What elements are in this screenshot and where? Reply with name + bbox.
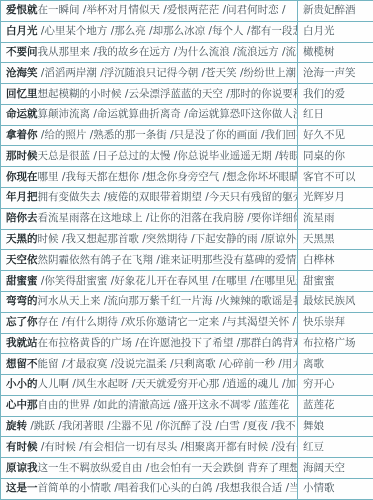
song-title: 天黑黑 bbox=[303, 233, 335, 245]
table-row: 天空依然阴霾依然有鸽子在飞翔 /谁来证明那些没有墓碑的爱情和生白桦林 bbox=[1, 250, 373, 271]
song-cell: 舞娘 bbox=[298, 416, 373, 437]
table-row: 回忆里想起模糊的小时候 /云朵漂浮蓝蓝的天空 /那时的你说要和我我们的爱 bbox=[1, 84, 373, 105]
table-row: 沧海笑 /滔滔两岸潮 /浮沉随浪只记得今朝 /苍天笑 /纷纷世上潮 /沧海一声笑 bbox=[1, 63, 373, 84]
table-row: 想留不能留 /才最寂寞 /没说完温柔 /只剩离歌 /心碎前一秒 /用力离歌 bbox=[1, 354, 373, 375]
song-title: 同桌的你 bbox=[303, 150, 345, 162]
table-row: 年月把拥有变做失去 /疲倦的双眼带着期望 /今天只有残留的躯壳 /光辉岁月 bbox=[1, 188, 373, 209]
lyric-cell: 天黑的时候 /我又想起那首歌 /突然期待 /下起安静的雨 /原谅外婆 bbox=[1, 229, 298, 250]
lyric-text: 时候 /我又想起那首歌 /突然期待 /下起安静的雨 /原谅外婆 bbox=[38, 233, 298, 245]
song-cell: 甜蜜蜜 bbox=[298, 271, 373, 292]
song-title: 流星雨 bbox=[303, 212, 335, 224]
lyric-cell: 拿着你 /给的照片 /熟悉的那一条街 /只是没了你的画面 /我们回不 bbox=[1, 125, 298, 146]
lyric-text: 能留 /才最寂寞 /没说完温柔 /只剩离歌 /心碎前一秒 /用力 bbox=[38, 358, 298, 370]
lyric-text: 这一生不羁放纵爱自由 /也会怕有一天会跌倒 背弃了理想 /谁 bbox=[38, 462, 298, 474]
lyric-text: 河水从天上来 /流向那万紫千红一片海 /火辣辣的歌谣是我们 bbox=[38, 295, 298, 307]
lyric-text: 在一瞬间 /举杯对月情似天 /爱恨两茫茫 /问君何时恋 / bbox=[38, 4, 286, 16]
table-row: 我就站在布拉格黄昏的广场 /在许愿池投下了希望 /那群白鸽背对着布拉格广场 bbox=[1, 333, 373, 354]
song-title: 蓝莲花 bbox=[303, 399, 335, 411]
lyric-text: 我从那里来 /我的故乡在远方 /为什么流浪 /流浪远方 /流浪 bbox=[38, 46, 298, 58]
song-title: 布拉格广场 bbox=[303, 337, 356, 349]
song-cell: 沧海一声笑 bbox=[298, 63, 373, 84]
lyric-bold-prefix: 天黑的 bbox=[6, 233, 38, 245]
lyric-text: /有时候 /有会相信一切有尽头 /相聚离开都有时候 /没有什 bbox=[38, 441, 298, 453]
table-row: 不要问我从那里来 /我的故乡在远方 /为什么流浪 /流浪远方 /流浪橄榄树 bbox=[1, 42, 373, 63]
song-cell: 同桌的你 bbox=[298, 146, 373, 167]
lyric-bold-prefix: 旋转 bbox=[6, 420, 27, 432]
lyric-bold-prefix: 原谅我 bbox=[6, 462, 38, 474]
song-title: 最炫民族风 bbox=[303, 295, 356, 307]
song-cell: 我们的爱 bbox=[298, 84, 373, 105]
lyric-text: 哪里 /我每天都在想你 /想念你身旁空气 /想念你坏坏眼睛 bbox=[38, 171, 298, 183]
song-title: 小情歌 bbox=[303, 482, 335, 494]
lyric-cell: 甜蜜蜜 /你笑得甜蜜蜜 /好象花儿开在春风里 /在哪里 /在哪里见过 bbox=[1, 271, 298, 292]
table-row: 旋转 /跳跃 /我闭著眼 /尘嚣不见 /你沉醉了没 /白雪 /夏夜 /我不舞娘 bbox=[1, 416, 373, 437]
lyric-bold-prefix: 陪你去 bbox=[6, 212, 38, 224]
table-row: 天黑的时候 /我又想起那首歌 /突然期待 /下起安静的雨 /原谅外婆天黑黑 bbox=[1, 229, 373, 250]
table-row: 弯弯的河水从天上来 /流向那万紫千红一片海 /火辣辣的歌谣是我们最炫民族风 bbox=[1, 291, 373, 312]
lyric-cell: 弯弯的河水从天上来 /流向那万紫千红一片海 /火辣辣的歌谣是我们 bbox=[1, 291, 298, 312]
song-cell: 红豆 bbox=[298, 437, 373, 458]
song-cell: 橄榄树 bbox=[298, 42, 373, 63]
song-cell: 白月光 bbox=[298, 21, 373, 42]
lyric-bold-prefix: 天空依 bbox=[6, 254, 38, 266]
song-title: 快乐崇拜 bbox=[303, 316, 345, 328]
lyric-bold-prefix: 我就站 bbox=[6, 337, 38, 349]
table-row: 有时候 /有时候 /有会相信一切有尽头 /相聚离开都有时候 /没有什红豆 bbox=[1, 437, 373, 458]
song-title: 红日 bbox=[303, 108, 324, 120]
song-cell: 红日 bbox=[298, 104, 373, 125]
song-title: 新贵妃醉酒 bbox=[303, 4, 356, 16]
lyric-bold-prefix: 有时候 bbox=[6, 441, 38, 453]
lyric-cell: 心中那自由的世界 /如此的清澈高远 /盛开这永不凋零 /蓝莲花 bbox=[1, 395, 298, 416]
song-title: 白桦林 bbox=[303, 254, 335, 266]
lyric-text: 看流星雨落在这地球上 /让你的泪落在我肩膀 /要你详细你我 bbox=[38, 212, 298, 224]
song-cell: 小情歌 bbox=[298, 478, 373, 499]
song-cell: 流星雨 bbox=[298, 208, 373, 229]
table-row: 原谅我这一生不羁放纵爱自由 /也会怕有一天会跌倒 背弃了理想 /谁海阔天空 bbox=[1, 458, 373, 479]
table-row: 心中那自由的世界 /如此的清澈高远 /盛开这永不凋零 /蓝莲花蓝莲花 bbox=[1, 395, 373, 416]
lyric-text: 人儿啊 /风生水起呀 /天天就爱穷开心那 /逍遥的魂儿 /加不 bbox=[38, 378, 298, 390]
lyric-cell: 你现在哪里 /我每天都在想你 /想念你身旁空气 /想念你坏坏眼睛 bbox=[1, 167, 298, 188]
lyric-bold-prefix: 你现在 bbox=[6, 171, 38, 183]
song-title: 白月光 bbox=[303, 25, 335, 37]
lyric-text: /你笑得甜蜜蜜 /好象花儿开在春风里 /在哪里 /在哪里见过 bbox=[38, 275, 298, 287]
lyric-text: 首简单的小情歌 /唱着我们心头的白鸽 /我想我很合适 /当一 bbox=[38, 482, 298, 494]
table-row: 那时候天总是很蓝 /日子总过的太慢 /你总说毕业遥遥无期 /转眼就同桌的你 bbox=[1, 146, 373, 167]
lyric-text: 存在 /有什么期待 /欢乐你邀请它一定来 /与其渴望关怀 /不 bbox=[38, 316, 298, 328]
song-cell: 好久不见 bbox=[298, 125, 373, 146]
lyric-cell: 旋转 /跳跃 /我闭著眼 /尘嚣不见 /你沉醉了没 /白雪 /夏夜 /我不 bbox=[1, 416, 298, 437]
lyric-cell: 陪你去看流星雨落在这地球上 /让你的泪落在我肩膀 /要你详细你我 bbox=[1, 208, 298, 229]
song-title: 红豆 bbox=[303, 441, 324, 453]
lyric-cell: 命运就算颠沛流离 /命运就算曲折离奇 /命运就算恐吓这你做人没趣 bbox=[1, 104, 298, 125]
lyric-text: /心里某个地方 /那么亮 /却那么冰凉 /每个人 /都有一段悲 bbox=[38, 25, 298, 37]
lyric-text: 算颠沛流离 /命运就算曲折离奇 /命运就算恐吓这你做人没趣 bbox=[38, 108, 298, 120]
lyric-bold-prefix: 年月把 bbox=[6, 191, 38, 203]
table-row: 白月光 /心里某个地方 /那么亮 /却那么冰凉 /每个人 /都有一段悲白月光 bbox=[1, 21, 373, 42]
lyric-bold-prefix: 想留不 bbox=[6, 358, 38, 370]
lyric-text: 天总是很蓝 /日子总过的太慢 /你总说毕业遥遥无期 /转眼就 bbox=[38, 150, 298, 162]
song-title: 海阔天空 bbox=[303, 462, 345, 474]
song-title: 我们的爱 bbox=[303, 88, 345, 100]
lyric-text: 想起模糊的小时候 /云朵漂浮蓝蓝的天空 /那时的你说要和我 bbox=[38, 88, 298, 100]
lyric-bold-prefix: 忘了你 bbox=[6, 316, 38, 328]
song-cell: 海阔天空 bbox=[298, 458, 373, 479]
song-cell: 离歌 bbox=[298, 354, 373, 375]
song-title: 甜蜜蜜 bbox=[303, 275, 335, 287]
lyric-cell: 那时候天总是很蓝 /日子总过的太慢 /你总说毕业遥遥无期 /转眼就 bbox=[1, 146, 298, 167]
song-cell: 光辉岁月 bbox=[298, 188, 373, 209]
lyric-cell: 白月光 /心里某个地方 /那么亮 /却那么冰凉 /每个人 /都有一段悲 bbox=[1, 21, 298, 42]
lyric-text: /给的照片 /熟悉的那一条街 /只是没了你的画面 /我们回不 bbox=[38, 129, 298, 141]
lyric-cell: 原谅我这一生不羁放纵爱自由 /也会怕有一天会跌倒 背弃了理想 /谁 bbox=[1, 458, 298, 479]
song-cell: 快乐崇拜 bbox=[298, 312, 373, 333]
lyric-text: /跳跃 /我闭著眼 /尘嚣不见 /你沉醉了没 /白雪 /夏夜 /我不 bbox=[27, 420, 296, 432]
lyric-cell: 回忆里想起模糊的小时候 /云朵漂浮蓝蓝的天空 /那时的你说要和我 bbox=[1, 84, 298, 105]
song-title: 光辉岁月 bbox=[303, 191, 345, 203]
song-cell: 布拉格广场 bbox=[298, 333, 373, 354]
table-row: 甜蜜蜜 /你笑得甜蜜蜜 /好象花儿开在春风里 /在哪里 /在哪里见过甜蜜蜜 bbox=[1, 271, 373, 292]
lyric-cell: 我就站在布拉格黄昏的广场 /在许愿池投下了希望 /那群白鸽背对着 bbox=[1, 333, 298, 354]
lyric-bold-prefix: 小小的 bbox=[6, 378, 38, 390]
lyric-bold-prefix: 拿着你 bbox=[6, 129, 38, 141]
lyric-bold-prefix: 不要问 bbox=[6, 46, 38, 58]
lyric-cell: 年月把拥有变做失去 /疲倦的双眼带着期望 /今天只有残留的躯壳 / bbox=[1, 188, 298, 209]
lyric-bold-prefix: 爱恨就 bbox=[6, 4, 38, 16]
lyric-cell: 有时候 /有时候 /有会相信一切有尽头 /相聚离开都有时候 /没有什 bbox=[1, 437, 298, 458]
table-row: 你现在哪里 /我每天都在想你 /想念你身旁空气 /想念你坏坏眼睛客官不可以 bbox=[1, 167, 373, 188]
lyric-cell: 沧海笑 /滔滔两岸潮 /浮沉随浪只记得今朝 /苍天笑 /纷纷世上潮 / bbox=[1, 63, 298, 84]
table-row: 爱恨就在一瞬间 /举杯对月情似天 /爱恨两茫茫 /问君何时恋 /新贵妃醉酒 bbox=[1, 1, 373, 22]
song-title: 客官不可以 bbox=[303, 171, 356, 183]
lyric-text: 拥有变做失去 /疲倦的双眼带着期望 /今天只有残留的躯壳 / bbox=[38, 191, 298, 203]
lyric-text: /滔滔两岸潮 /浮沉随浪只记得今朝 /苍天笑 /纷纷世上潮 / bbox=[38, 67, 298, 79]
table-row: 命运就算颠沛流离 /命运就算曲折离奇 /命运就算恐吓这你做人没趣红日 bbox=[1, 104, 373, 125]
lyric-text: 然阴霾依然有鸽子在飞翔 /谁来证明那些没有墓碑的爱情和生 bbox=[38, 254, 298, 266]
lyric-cell: 想留不能留 /才最寂寞 /没说完温柔 /只剩离歌 /心碎前一秒 /用力 bbox=[1, 354, 298, 375]
lyric-bold-prefix: 白月光 bbox=[6, 25, 38, 37]
lyric-bold-prefix: 沧海笑 bbox=[6, 67, 38, 79]
lyric-cell: 小小的人儿啊 /风生水起呀 /天天就爱穷开心那 /逍遥的魂儿 /加不 bbox=[1, 375, 298, 396]
song-cell: 穷开心 bbox=[298, 375, 373, 396]
lyric-text: 自由的世界 /如此的清澈高远 /盛开这永不凋零 /蓝莲花 bbox=[38, 399, 290, 411]
song-cell: 客官不可以 bbox=[298, 167, 373, 188]
song-cell: 新贵妃醉酒 bbox=[298, 1, 373, 22]
lyric-bold-prefix: 命运就 bbox=[6, 108, 38, 120]
lyric-bold-prefix: 甜蜜蜜 bbox=[6, 275, 38, 287]
table-row: 陪你去看流星雨落在这地球上 /让你的泪落在我肩膀 /要你详细你我流星雨 bbox=[1, 208, 373, 229]
lyric-cell: 爱恨就在一瞬间 /举杯对月情似天 /爱恨两茫茫 /问君何时恋 / bbox=[1, 1, 298, 22]
lyric-text: 在布拉格黄昏的广场 /在许愿池投下了希望 /那群白鸽背对着 bbox=[38, 337, 298, 349]
table-row: 拿着你 /给的照片 /熟悉的那一条街 /只是没了你的画面 /我们回不好久不见 bbox=[1, 125, 373, 146]
lyric-cell: 不要问我从那里来 /我的故乡在远方 /为什么流浪 /流浪远方 /流浪 bbox=[1, 42, 298, 63]
lyric-bold-prefix: 心中那 bbox=[6, 399, 38, 411]
lyric-cell: 忘了你存在 /有什么期待 /欢乐你邀请它一定来 /与其渴望关怀 /不 bbox=[1, 312, 298, 333]
table-row: 忘了你存在 /有什么期待 /欢乐你邀请它一定来 /与其渴望关怀 /不快乐崇拜 bbox=[1, 312, 373, 333]
song-cell: 白桦林 bbox=[298, 250, 373, 271]
table-row: 小小的人儿啊 /风生水起呀 /天天就爱穷开心那 /逍遥的魂儿 /加不穷开心 bbox=[1, 375, 373, 396]
lyric-bold-prefix: 这是一 bbox=[6, 482, 38, 494]
lyric-bold-prefix: 弯弯的 bbox=[6, 295, 38, 307]
lyric-bold-prefix: 回忆里 bbox=[6, 88, 38, 100]
song-title: 离歌 bbox=[303, 358, 324, 370]
song-title: 沧海一声笑 bbox=[303, 67, 356, 79]
lyrics-song-table: 爱恨就在一瞬间 /举杯对月情似天 /爱恨两茫茫 /问君何时恋 /新贵妃醉酒白月光… bbox=[0, 0, 373, 500]
lyric-cell: 这是一首简单的小情歌 /唱着我们心头的白鸽 /我想我很合适 /当一 bbox=[1, 478, 298, 499]
song-title: 穷开心 bbox=[303, 378, 335, 390]
song-title: 舞娘 bbox=[303, 420, 324, 432]
table-body: 爱恨就在一瞬间 /举杯对月情似天 /爱恨两茫茫 /问君何时恋 /新贵妃醉酒白月光… bbox=[1, 1, 373, 500]
song-title: 好久不见 bbox=[303, 129, 345, 141]
lyric-cell: 天空依然阴霾依然有鸽子在飞翔 /谁来证明那些没有墓碑的爱情和生 bbox=[1, 250, 298, 271]
song-cell: 最炫民族风 bbox=[298, 291, 373, 312]
song-cell: 天黑黑 bbox=[298, 229, 373, 250]
lyric-bold-prefix: 那时候 bbox=[6, 150, 38, 162]
table-row: 这是一首简单的小情歌 /唱着我们心头的白鸽 /我想我很合适 /当一小情歌 bbox=[1, 478, 373, 499]
song-cell: 蓝莲花 bbox=[298, 395, 373, 416]
song-title: 橄榄树 bbox=[303, 46, 335, 58]
